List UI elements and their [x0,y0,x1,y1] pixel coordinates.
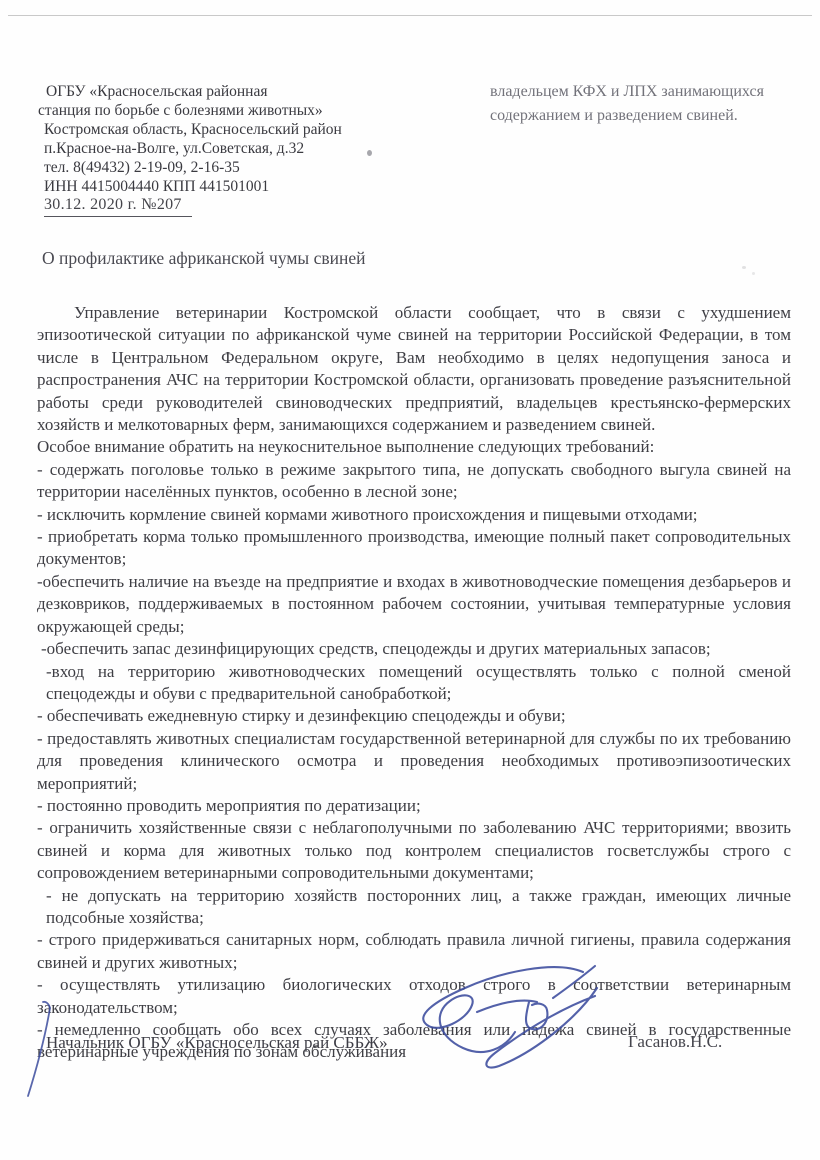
body-paragraph: -обеспечить наличие на въезде на предпри… [37,571,791,638]
letterhead-line: Костромская область, Красносельский райо… [38,120,468,139]
pen-stroke [18,998,62,1102]
signer-name: Гасанов.Н.С. [628,1032,722,1052]
signer-position-title: Начальник ОГБУ «Красносельская рай СББЖ» [46,1033,388,1053]
addressee-block: владельцем КФХ и ЛПХ занимающихся содерж… [490,80,800,128]
letterhead-line: тел. 8(49432) 2-19-09, 2-16-35 [38,158,468,177]
body-paragraph: - приобретать корма только промышленного… [37,526,791,571]
body-paragraph: - обеспечивать ежедневную стирку и дезин… [37,705,791,727]
letter-body: Управление ветеринарии Костромской облас… [37,302,791,1064]
scan-edge-line [8,15,812,16]
body-paragraph: Управление ветеринарии Костромской облас… [37,302,791,436]
body-paragraph: - постоянно проводить мероприятия по дер… [37,795,791,817]
body-paragraph: - содержать поголовье только в режиме за… [37,459,791,504]
subject-line: О профилактике африканской чумы свиней [42,248,642,269]
body-paragraph: - исключить кормление свиней кормами жив… [37,504,791,526]
body-paragraph: Особое внимание обратить на неукоснитель… [37,436,791,458]
addressee-line: содержанием и разведением свиней. [490,104,800,128]
letterhead-line: ОГБУ «Красносельская районная [38,82,468,101]
body-paragraph: -вход на территорию животноводческих пом… [37,661,791,706]
letterhead-line: п.Красное-на-Волге, ул.Советская, д.32 [38,139,468,158]
letterhead-line: ИНН 4415004440 КПП 441501001 [38,177,468,196]
body-paragraph: - ограничить хозяйственные связи с небла… [37,817,791,884]
scan-speck [742,266,746,269]
letterhead-line: станция по борьбе с болезнями животных» [38,101,468,120]
sender-letterhead: ОГБУ «Красносельская районная станция по… [38,82,468,196]
addressee-line: владельцем КФХ и ЛПХ занимающихся [490,80,800,104]
scanned-letter-page: ОГБУ «Красносельская районная станция по… [0,0,820,1160]
date-and-number: 30.12. 2020 г. №207 [44,196,192,217]
body-paragraph: -обеспечить запас дезинфицирующих средст… [37,638,791,660]
scan-speck [367,150,372,156]
signature-scribble [405,958,615,1076]
body-paragraph: - предоставлять животных специалистам го… [37,728,791,795]
scan-speck [372,423,375,426]
body-paragraph: - не допускать на территорию хозяйств по… [37,885,791,930]
scan-speck [752,272,755,275]
